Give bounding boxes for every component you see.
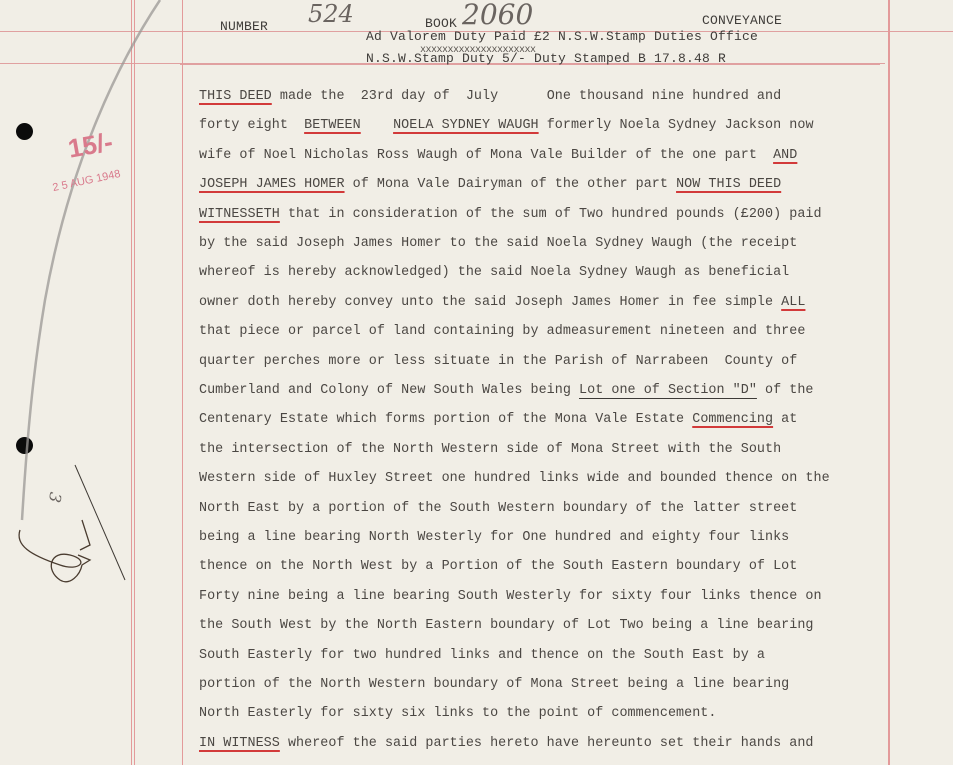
deed-line: the intersection of the North Western si… bbox=[199, 442, 781, 457]
duty-stamped-line: N.S.W.Stamp Duty 5/- Duty Stamped B 17.8… bbox=[366, 51, 726, 66]
deed-line: WITNESSETH that in consideration of the … bbox=[199, 207, 822, 222]
deed-text: quarter perches more or less situate in … bbox=[199, 354, 797, 369]
duty-paid-line: Ad Valorem Duty Paid £2 N.S.W.Stamp Duti… bbox=[366, 29, 758, 44]
deed-line: being a line bearing North Westerly for … bbox=[199, 530, 789, 545]
deed-line: by the said Joseph James Homer to the sa… bbox=[199, 236, 797, 251]
underlined-term: JOSEPH JAMES HOMER bbox=[199, 177, 345, 192]
deed-text: North East by a portion of the South Wes… bbox=[199, 501, 797, 516]
underlined-term: BETWEEN bbox=[304, 118, 361, 133]
deed-text: whereof is hereby acknowledged) the said… bbox=[199, 265, 789, 280]
deed-text: Western side of Huxley Street one hundre… bbox=[199, 471, 830, 486]
underlined-term: WITNESSETH bbox=[199, 207, 280, 222]
underlined-term: THIS DEED bbox=[199, 89, 272, 104]
deed-line: that piece or parcel of land containing … bbox=[199, 324, 805, 339]
deed-text: wife of Noel Nicholas Ross Waugh of Mona… bbox=[199, 148, 773, 163]
document-type: CONVEYANCE bbox=[702, 13, 782, 28]
pencil-mark bbox=[0, 0, 180, 765]
deed-text: the South West by the North Eastern boun… bbox=[199, 618, 814, 633]
deed-text: Cumberland and Colony of New South Wales… bbox=[199, 383, 579, 398]
deed-line: wife of Noel Nicholas Ross Waugh of Mona… bbox=[199, 148, 797, 163]
deed-line: Centenary Estate which forms portion of … bbox=[199, 412, 797, 427]
pencil-underlined-term: Lot one of Section "D" bbox=[579, 383, 757, 398]
deed-text: portion of the North Western boundary of… bbox=[199, 677, 789, 692]
underlined-term: IN WITNESS bbox=[199, 736, 280, 751]
right-margin-line bbox=[888, 0, 890, 765]
deed-text: Forty nine being a line bearing South We… bbox=[199, 589, 822, 604]
deed-line: JOSEPH JAMES HOMER of Mona Vale Dairyman… bbox=[199, 177, 781, 192]
deed-text: of Mona Vale Dairyman of the other part bbox=[345, 177, 677, 192]
underlined-term: NOELA SYDNEY WAUGH bbox=[393, 118, 539, 133]
deed-text: forty eight bbox=[199, 118, 304, 133]
deed-line: whereof is hereby acknowledged) the said… bbox=[199, 265, 789, 280]
deed-text: Centenary Estate which forms portion of … bbox=[199, 412, 692, 427]
deed-line: Cumberland and Colony of New South Wales… bbox=[199, 383, 814, 398]
deed-line: Forty nine being a line bearing South We… bbox=[199, 589, 822, 604]
deed-text: thence on the North West by a Portion of… bbox=[199, 559, 797, 574]
deed-line: North Easterly for sixty six links to th… bbox=[199, 706, 716, 721]
number-label: NUMBER bbox=[220, 19, 268, 34]
deed-text: that piece or parcel of land containing … bbox=[199, 324, 805, 339]
deed-text: by the said Joseph James Homer to the sa… bbox=[199, 236, 797, 251]
deed-line: THIS DEED made the 23rd day of July One … bbox=[199, 89, 781, 104]
deed-line: portion of the North Western boundary of… bbox=[199, 677, 789, 692]
deed-line: quarter perches more or less situate in … bbox=[199, 354, 797, 369]
deed-text: at bbox=[773, 412, 797, 427]
deed-line: IN WITNESS whereof the said parties here… bbox=[199, 736, 814, 751]
book-value: 2060 bbox=[462, 0, 533, 31]
deed-line: South Easterly for two hundred links and… bbox=[199, 648, 765, 663]
deed-text: whereof the said parties hereto have her… bbox=[280, 736, 814, 751]
deed-line: forty eight BETWEEN NOELA SYDNEY WAUGH f… bbox=[199, 118, 814, 133]
deed-text: of the bbox=[757, 383, 814, 398]
deed-text: North Easterly for sixty six links to th… bbox=[199, 706, 716, 721]
deed-text: that in consideration of the sum of Two … bbox=[280, 207, 822, 222]
deed-text: formerly Noela Sydney Jackson now bbox=[539, 118, 814, 133]
deed-text bbox=[361, 118, 393, 133]
underlined-term: AND bbox=[773, 148, 797, 163]
underlined-term: ALL bbox=[781, 295, 805, 310]
deed-text: the intersection of the North Western si… bbox=[199, 442, 781, 457]
deed-text: South Easterly for two hundred links and… bbox=[199, 648, 765, 663]
deed-text: being a line bearing North Westerly for … bbox=[199, 530, 789, 545]
deed-text: made the 23rd day of July One thousand n… bbox=[272, 89, 781, 104]
number-value: 524 bbox=[308, 0, 354, 28]
deed-line: Western side of Huxley Street one hundre… bbox=[199, 471, 830, 486]
deed-text: owner doth hereby convey unto the said J… bbox=[199, 295, 781, 310]
deed-line: owner doth hereby convey unto the said J… bbox=[199, 295, 805, 310]
deed-line: the South West by the North Eastern boun… bbox=[199, 618, 814, 633]
deed-line: thence on the North West by a Portion of… bbox=[199, 559, 797, 574]
margin-line-3 bbox=[182, 0, 183, 765]
underlined-term: Commencing bbox=[692, 412, 773, 427]
deed-line: North East by a portion of the South Wes… bbox=[199, 501, 797, 516]
underlined-term: NOW THIS DEED bbox=[676, 177, 781, 192]
